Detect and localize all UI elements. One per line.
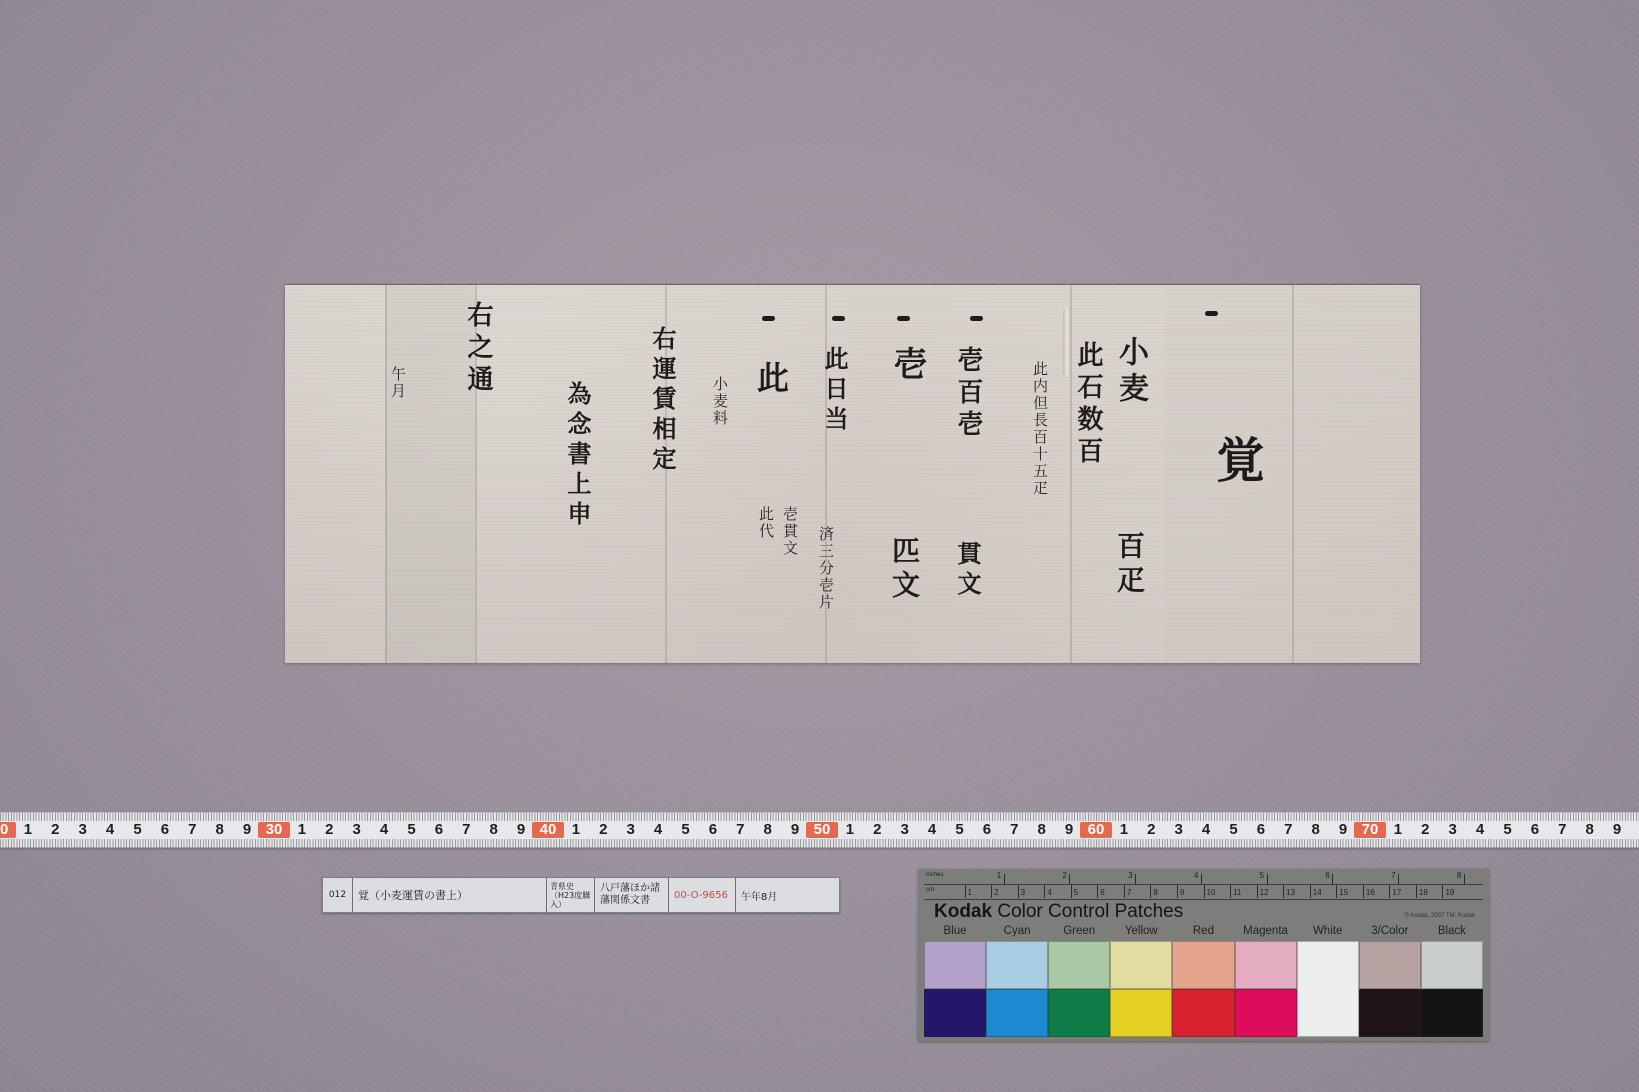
ruler-minor-label: 4: [97, 822, 124, 838]
label-date: 午年8月: [736, 878, 839, 912]
kodak-patch-dark: [1172, 989, 1234, 1037]
catalog-label-strip: 012 覚（小麦運賃の書上） 青県史（H23度購入） 八戸藩ほか諸藩関係文書 0…: [322, 877, 840, 913]
ruler-minor-label: 7: [1549, 822, 1576, 838]
handwritten-column: 此石数百: [1075, 341, 1101, 469]
ruler-minor-label: 6: [425, 822, 452, 838]
kodak-patch-light: [986, 941, 1048, 989]
kodak-inch-label: 4: [1194, 871, 1198, 880]
ruler-minor-label: 2: [316, 822, 343, 838]
label-title: 覚（小麦運賃の書上）: [353, 878, 547, 912]
ruler-minor-label: 2: [864, 822, 891, 838]
kodak-inch-label: 6: [1325, 871, 1329, 880]
kodak-inch-label: 5: [1260, 871, 1264, 880]
kodak-patch-name: Magenta: [1235, 925, 1297, 937]
ruler-minor-label: 4: [371, 822, 398, 838]
kodak-patch-name: 3/Color: [1359, 925, 1421, 937]
kodak-cm-label: 1: [968, 888, 972, 897]
kodak-cm-label: 9: [1180, 888, 1184, 897]
kodak-inch-label: 1: [997, 871, 1001, 880]
ruler-minor-label: 9: [1330, 822, 1357, 838]
kodak-inch-label: 3: [1128, 871, 1132, 880]
ruler-minor-label: 2: [42, 822, 69, 838]
ruler-minor-label: 1: [836, 822, 863, 838]
item-marker-dash: [762, 316, 775, 321]
kodak-patch-dark: [1235, 989, 1297, 1037]
kodak-cm-tick: [1124, 885, 1125, 898]
ruler-minor-label: 4: [1467, 822, 1494, 838]
kodak-cm-label: 18: [1419, 888, 1428, 897]
handwritten-column: 右運賃相定: [650, 326, 674, 476]
ruler-minor-label: 5: [672, 822, 699, 838]
kodak-cm-label: 13: [1286, 888, 1295, 897]
kodak-patch-dark: [986, 989, 1048, 1037]
handwritten-column: 右之通: [465, 301, 491, 397]
kodak-cm-label: 19: [1445, 888, 1454, 897]
kodak-cm-label: 4: [1047, 888, 1051, 897]
kodak-cm-tick: [1363, 885, 1364, 898]
kodak-patch-dark: [1359, 989, 1421, 1037]
ruler-minor-label: 4: [1193, 822, 1220, 838]
kodak-cm-label: 17: [1392, 888, 1401, 897]
kodak-mini-ruler: inches cm 123456781234567891011121314151…: [924, 871, 1483, 900]
kodak-patch-name: Black: [1421, 925, 1483, 937]
ruler-minor-label: 9: [782, 822, 809, 838]
kodak-cm-tick: [1204, 885, 1205, 898]
kodak-cm-label: 10: [1207, 888, 1216, 897]
ruler-minor-label: 9: [508, 822, 535, 838]
kodak-inch-tick: [1201, 874, 1202, 884]
handwritten-column: 為念書上申: [565, 381, 589, 531]
paper-tear: [1063, 307, 1071, 377]
kodak-cm-tick: [1150, 885, 1151, 898]
fold-panel-shade: [385, 285, 475, 663]
handwritten-column: 此日当: [822, 346, 846, 436]
handwritten-column: 小麦: [1115, 336, 1145, 408]
kodak-patch-dark: [1421, 989, 1483, 1037]
label-number: 012: [323, 878, 353, 912]
ruler-minor-label: 2: [1138, 822, 1165, 838]
kodak-cm-label: 15: [1339, 888, 1348, 897]
kodak-patch-name: Cyan: [986, 925, 1048, 937]
handwritten-column: 此: [755, 361, 787, 399]
ruler-minor-label: 8: [1576, 822, 1603, 838]
kodak-inch-tick: [1332, 874, 1333, 884]
ruler-major-label: 40: [532, 822, 564, 838]
kodak-inch-tick: [1464, 874, 1465, 884]
kodak-patch-name: Yellow: [1110, 925, 1172, 937]
ruler-minor-label: 4: [645, 822, 672, 838]
kodak-patch-dark: [1110, 989, 1172, 1037]
item-marker-dash: [1205, 311, 1218, 316]
kodak-inch-tick: [1398, 874, 1399, 884]
kodak-patch-light: [1235, 941, 1297, 989]
ruler-major-label: 70: [1354, 822, 1386, 838]
kodak-cm-label: 14: [1313, 888, 1322, 897]
historical-document: 小麦百疋此石数百此内但長百十五疋壱百壱貫文壱匹文此日当済三分壱片此此代壱貫文小麦…: [285, 284, 1420, 663]
kodak-cm-label: cm: [926, 887, 934, 893]
item-marker-dash: [832, 316, 845, 321]
measuring-ruler: 2012345678930123456789401234567895012345…: [0, 812, 1639, 848]
kodak-patch-dark: [1048, 989, 1110, 1037]
kodak-cm-label: 5: [1074, 888, 1078, 897]
kodak-inch-tick: [1069, 874, 1070, 884]
kodak-cm-tick: [1442, 885, 1443, 898]
kodak-patch-light: [1048, 941, 1110, 989]
kodak-patch-light: [924, 941, 986, 989]
handwritten-column: 壱貫文: [782, 506, 797, 557]
item-marker-dash: [970, 316, 983, 321]
ruler-minor-label: 7: [1001, 822, 1028, 838]
ruler-minor-label: 8: [1302, 822, 1329, 838]
kodak-patch-light: [1359, 941, 1421, 989]
ruler-minor-label: 6: [1521, 822, 1548, 838]
ruler-ticks-bottom: [0, 839, 1639, 847]
ruler-minor-label: 3: [617, 822, 644, 838]
kodak-inch-label: 2: [1062, 871, 1066, 880]
kodak-cm-tick: [1071, 885, 1072, 898]
ruler-minor-label: 9: [234, 822, 261, 838]
ruler-minor-label: 1: [14, 822, 41, 838]
kodak-cm-tick: [1044, 885, 1045, 898]
handwritten-column: 壱百壱: [955, 346, 981, 442]
kodak-cm-tick: [1177, 885, 1178, 898]
ruler-major-label: 50: [806, 822, 838, 838]
kodak-patches: [924, 941, 1483, 1037]
kodak-cm-label: 2: [994, 888, 998, 897]
ruler-minor-label: 3: [891, 822, 918, 838]
kodak-patch-white: [1297, 941, 1359, 1037]
kodak-color-chart: inches cm 123456781234567891011121314151…: [918, 869, 1489, 1041]
ruler-minor-label: 1: [288, 822, 315, 838]
ruler-minor-label: 2: [1412, 822, 1439, 838]
handwritten-column: 百疋: [1115, 531, 1143, 599]
kodak-cm-tick: [1257, 885, 1258, 898]
kodak-cm-label: 6: [1100, 888, 1104, 897]
document-title-char: 覚: [1212, 435, 1260, 489]
ruler-minor-label: 7: [1275, 822, 1302, 838]
handwritten-column: 小麦料: [712, 376, 727, 427]
kodak-cm-tick: [1018, 885, 1019, 898]
ruler-minor-label: 9: [1056, 822, 1083, 838]
item-marker-dash: [897, 316, 910, 321]
kodak-inch-label: 7: [1391, 871, 1395, 880]
ruler-minor-label: 9: [1604, 822, 1631, 838]
kodak-brand: Kodak: [934, 901, 992, 922]
ruler-minor-label: 5: [946, 822, 973, 838]
kodak-cm-tick: [1336, 885, 1337, 898]
ruler-minor-label: 6: [699, 822, 726, 838]
kodak-patch-name: Green: [1048, 925, 1110, 937]
kodak-patch-names: BlueCyanGreenYellowRedMagentaWhite3/Colo…: [918, 925, 1489, 939]
ruler-minor-label: 5: [124, 822, 151, 838]
fold-line: [385, 285, 387, 663]
label-collection: 八戸藩ほか諸藩関係文書: [595, 878, 669, 912]
kodak-patch-dark: [924, 989, 986, 1037]
handwritten-column: 午月: [390, 366, 405, 400]
handwritten-column: 貫文: [955, 541, 979, 601]
label-source: 青県史（H23度購入）: [547, 878, 595, 912]
kodak-cm-label: 8: [1153, 888, 1157, 897]
handwritten-column: 匹文: [890, 536, 918, 604]
kodak-inch-tick: [1004, 874, 1005, 884]
ruler-minor-label: 3: [69, 822, 96, 838]
kodak-cm-tick: [1416, 885, 1417, 898]
kodak-cm-label: 16: [1366, 888, 1375, 897]
kodak-patch-light: [1172, 941, 1234, 989]
ruler-major-label: 60: [1080, 822, 1112, 838]
handwritten-column: 済三分壱片: [818, 526, 833, 611]
ruler-minor-label: 1: [1384, 822, 1411, 838]
label-catalog-id: 00-O-9656: [669, 878, 736, 912]
ruler-minor-label: 3: [1439, 822, 1466, 838]
kodak-patch-name: Blue: [924, 925, 986, 937]
ruler-minor-label: 8: [1028, 822, 1055, 838]
kodak-cm-tick: [965, 885, 966, 898]
kodak-inch-tick: [1135, 874, 1136, 884]
handwritten-column: 壱: [890, 346, 924, 386]
ruler-minor-label: 6: [1247, 822, 1274, 838]
ruler-minor-label: 3: [1165, 822, 1192, 838]
ruler-minor-label: 6: [973, 822, 1000, 838]
kodak-cm-label: 3: [1021, 888, 1025, 897]
kodak-cm-tick: [1310, 885, 1311, 898]
ruler-minor-label: 7: [179, 822, 206, 838]
kodak-patch-light: [1110, 941, 1172, 989]
kodak-cm-label: 7: [1127, 888, 1131, 897]
ruler-minor-label: 6: [151, 822, 178, 838]
kodak-cm-label: 12: [1260, 888, 1269, 897]
kodak-cm-tick: [1389, 885, 1390, 898]
kodak-cm-label: 11: [1233, 888, 1241, 897]
handwritten-column: 此代: [758, 506, 773, 540]
kodak-cm-tick: [1283, 885, 1284, 898]
kodak-inch-label: 8: [1457, 871, 1461, 880]
ruler-minor-label: 1: [1110, 822, 1137, 838]
ruler-minor-label: 8: [206, 822, 233, 838]
kodak-inch-tick: [1267, 874, 1268, 884]
fold-line: [1292, 285, 1294, 663]
kodak-patch-light: [1421, 941, 1483, 989]
kodak-inch-label: inches: [926, 872, 943, 878]
kodak-copyright: © Kodak, 2007 TM: Kodak: [1405, 913, 1475, 919]
ruler-minor-label: 5: [1494, 822, 1521, 838]
kodak-cm-tick: [1230, 885, 1231, 898]
ruler-minor-label: 2: [590, 822, 617, 838]
kodak-cm-tick: [1097, 885, 1098, 898]
ruler-minor-label: 8: [480, 822, 507, 838]
ruler-major-label: 30: [258, 822, 290, 838]
ruler-minor-label: 4: [919, 822, 946, 838]
ruler-minor-label: 1: [562, 822, 589, 838]
ruler-minor-label: 5: [398, 822, 425, 838]
kodak-patch-name: Red: [1172, 925, 1234, 937]
kodak-subtitle: Color Control Patches: [997, 901, 1183, 922]
ruler-minor-label: 8: [754, 822, 781, 838]
ruler-minor-label: 5: [1220, 822, 1247, 838]
ruler-minor-label: 7: [727, 822, 754, 838]
kodak-cm-tick: [991, 885, 992, 898]
ruler-minor-label: 7: [453, 822, 480, 838]
ruler-ticks-top: [0, 813, 1639, 821]
kodak-patch-name: White: [1297, 925, 1359, 937]
ruler-minor-label: 3: [343, 822, 370, 838]
kodak-title: Kodak Color Control Patches: [934, 901, 1183, 923]
handwritten-column: 此内但長百十五疋: [1032, 361, 1047, 497]
